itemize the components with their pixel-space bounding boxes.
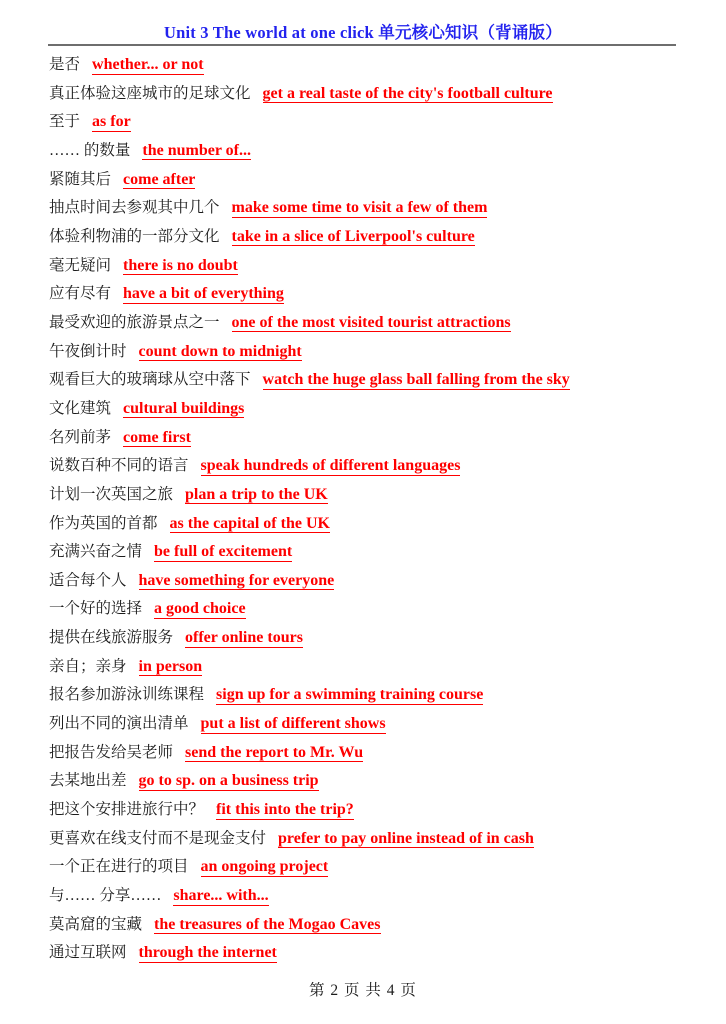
vocab-row: 最受欢迎的旅游景点之一one of the most visited touri… bbox=[49, 309, 706, 338]
english-phrase: there is no doubt bbox=[123, 257, 238, 276]
vocab-row: 毫无疑问there is no doubt bbox=[49, 252, 706, 281]
chinese-phrase: 一个正在进行的项目 bbox=[49, 858, 189, 875]
chinese-phrase: 与…… 分享…… bbox=[49, 887, 161, 904]
english-phrase: send the report to Mr. Wu bbox=[185, 744, 363, 763]
vocab-row: 文化建筑cultural buildings bbox=[49, 395, 706, 424]
chinese-phrase: …… 的数量 bbox=[49, 142, 130, 159]
chinese-phrase: 真正体验这座城市的足球文化 bbox=[49, 85, 251, 102]
chinese-phrase: 作为英国的首都 bbox=[49, 515, 158, 532]
vocab-row: 抽点时间去参观其中几个make some time to visit a few… bbox=[49, 194, 706, 223]
chinese-phrase: 是否 bbox=[49, 56, 80, 73]
chinese-phrase: 最受欢迎的旅游景点之一 bbox=[49, 314, 220, 331]
chinese-phrase: 把这个安排进旅行中？ bbox=[49, 801, 204, 818]
chinese-phrase: 报名参加游泳训练课程 bbox=[49, 686, 204, 703]
english-phrase: the number of... bbox=[142, 142, 251, 161]
english-phrase: sign up for a swimming training course bbox=[216, 686, 483, 705]
english-phrase: have something for everyone bbox=[139, 572, 335, 591]
vocab-list: 是否whether... or not 真正体验这座城市的足球文化get a r… bbox=[49, 51, 706, 968]
english-phrase: watch the huge glass ball falling from t… bbox=[263, 371, 570, 390]
vocab-row: 把这个安排进旅行中？fit this into the trip? bbox=[49, 796, 706, 825]
vocab-row: 名列前茅come first bbox=[49, 424, 706, 453]
vocab-row: 提供在线旅游服务offer online tours bbox=[49, 624, 706, 653]
english-phrase: a good choice bbox=[154, 600, 246, 619]
chinese-phrase: 毫无疑问 bbox=[49, 257, 111, 274]
vocab-row: 莫高窟的宝藏the treasures of the Mogao Caves bbox=[49, 911, 706, 940]
vocab-row: 作为英国的首都as the capital of the UK bbox=[49, 510, 706, 539]
vocab-row: 说数百种不同的语言speak hundreds of different lan… bbox=[49, 452, 706, 481]
vocab-row: 体验利物浦的一部分文化take in a slice of Liverpool'… bbox=[49, 223, 706, 252]
english-phrase: come after bbox=[123, 171, 195, 190]
english-phrase: fit this into the trip? bbox=[216, 801, 354, 820]
english-phrase: in person bbox=[139, 658, 203, 677]
vocab-row: 亲自；亲身in person bbox=[49, 653, 706, 682]
chinese-phrase: 充满兴奋之情 bbox=[49, 543, 142, 560]
chinese-phrase: 说数百种不同的语言 bbox=[49, 457, 189, 474]
chinese-phrase: 至于 bbox=[49, 113, 80, 130]
english-phrase: put a list of different shows bbox=[201, 715, 386, 734]
chinese-phrase: 把报告发给吴老师 bbox=[49, 744, 173, 761]
chinese-phrase: 适合每个人 bbox=[49, 572, 127, 589]
vocab-row: 与…… 分享……share... with... bbox=[49, 882, 706, 911]
chinese-phrase: 计划一次英国之旅 bbox=[49, 486, 173, 503]
page-title: Unit 3 The world at one click 单元核心知识（背诵版… bbox=[0, 0, 726, 43]
chinese-phrase: 一个好的选择 bbox=[49, 600, 142, 617]
english-phrase: one of the most visited tourist attracti… bbox=[232, 314, 511, 333]
vocab-row: 去某地出差go to sp. on a business trip bbox=[49, 767, 706, 796]
vocab-row: 报名参加游泳训练课程sign up for a swimming trainin… bbox=[49, 681, 706, 710]
english-phrase: offer online tours bbox=[185, 629, 303, 648]
title-divider-rule bbox=[48, 44, 676, 46]
english-phrase: speak hundreds of different languages bbox=[201, 457, 461, 476]
vocab-row: 列出不同的演出清单put a list of different shows bbox=[49, 710, 706, 739]
vocab-row: 午夜倒计时count down to midnight bbox=[49, 338, 706, 367]
chinese-phrase: 体验利物浦的一部分文化 bbox=[49, 228, 220, 245]
english-phrase: come first bbox=[123, 429, 191, 448]
english-phrase: make some time to visit a few of them bbox=[232, 199, 488, 218]
vocab-row: 通过互联网through the internet bbox=[49, 939, 706, 968]
english-phrase: prefer to pay online instead of in cash bbox=[278, 830, 534, 849]
vocab-row: 一个正在进行的项目an ongoing project bbox=[49, 853, 706, 882]
chinese-phrase: 提供在线旅游服务 bbox=[49, 629, 173, 646]
chinese-phrase: 观看巨大的玻璃球从空中落下 bbox=[49, 371, 251, 388]
english-phrase: as the capital of the UK bbox=[170, 515, 330, 534]
vocab-row: 是否whether... or not bbox=[49, 51, 706, 80]
english-phrase: get a real taste of the city's football … bbox=[263, 85, 553, 104]
chinese-phrase: 莫高窟的宝藏 bbox=[49, 916, 142, 933]
chinese-phrase: 列出不同的演出清单 bbox=[49, 715, 189, 732]
english-phrase: the treasures of the Mogao Caves bbox=[154, 916, 380, 935]
vocab-row: 紧随其后come after bbox=[49, 166, 706, 195]
chinese-phrase: 紧随其后 bbox=[49, 171, 111, 188]
vocab-row: 充满兴奋之情be full of excitement bbox=[49, 538, 706, 567]
english-phrase: be full of excitement bbox=[154, 543, 292, 562]
vocab-row: 至于as for bbox=[49, 108, 706, 137]
vocab-row: 更喜欢在线支付而不是现金支付prefer to pay online inste… bbox=[49, 825, 706, 854]
english-phrase: share... with... bbox=[173, 887, 268, 906]
english-phrase: cultural buildings bbox=[123, 400, 244, 419]
english-phrase: go to sp. on a business trip bbox=[139, 772, 319, 791]
vocab-row: …… 的数量the number of... bbox=[49, 137, 706, 166]
english-phrase: have a bit of everything bbox=[123, 285, 284, 304]
vocab-row: 适合每个人have something for everyone bbox=[49, 567, 706, 596]
chinese-phrase: 去某地出差 bbox=[49, 772, 127, 789]
vocab-row: 把报告发给吴老师send the report to Mr. Wu bbox=[49, 739, 706, 768]
english-phrase: as for bbox=[92, 113, 131, 132]
chinese-phrase: 更喜欢在线支付而不是现金支付 bbox=[49, 830, 266, 847]
chinese-phrase: 午夜倒计时 bbox=[49, 343, 127, 360]
english-phrase: plan a trip to the UK bbox=[185, 486, 328, 505]
chinese-phrase: 抽点时间去参观其中几个 bbox=[49, 199, 220, 216]
page-number-footer: 第 2 页 共 4 页 bbox=[0, 978, 726, 1000]
english-phrase: whether... or not bbox=[92, 56, 204, 75]
vocab-row: 一个好的选择a good choice bbox=[49, 595, 706, 624]
english-phrase: an ongoing project bbox=[201, 858, 329, 877]
english-phrase: through the internet bbox=[139, 944, 277, 963]
vocab-row: 真正体验这座城市的足球文化get a real taste of the cit… bbox=[49, 80, 706, 109]
chinese-phrase: 亲自；亲身 bbox=[49, 658, 127, 675]
vocab-row: 计划一次英国之旅plan a trip to the UK bbox=[49, 481, 706, 510]
chinese-phrase: 应有尽有 bbox=[49, 285, 111, 302]
english-phrase: count down to midnight bbox=[139, 343, 302, 362]
chinese-phrase: 文化建筑 bbox=[49, 400, 111, 417]
vocab-row: 应有尽有have a bit of everything bbox=[49, 280, 706, 309]
chinese-phrase: 名列前茅 bbox=[49, 429, 111, 446]
document-page: Unit 3 The world at one click 单元核心知识（背诵版… bbox=[0, 0, 726, 1024]
english-phrase: take in a slice of Liverpool's culture bbox=[232, 228, 475, 247]
vocab-row: 观看巨大的玻璃球从空中落下watch the huge glass ball f… bbox=[49, 366, 706, 395]
chinese-phrase: 通过互联网 bbox=[49, 944, 127, 961]
